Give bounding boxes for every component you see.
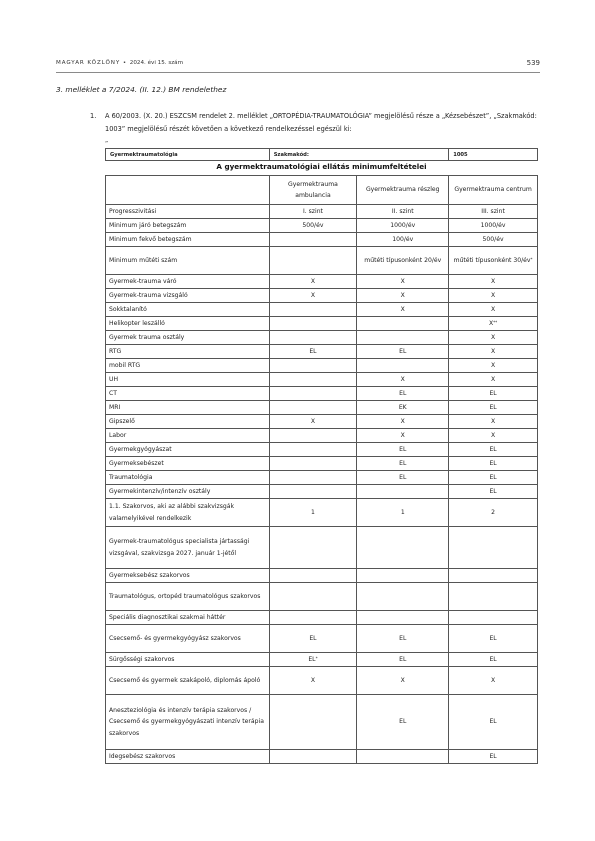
- cell-value: EL: [449, 443, 538, 457]
- cell-value: 1: [269, 499, 357, 527]
- cell-value: X: [449, 429, 538, 443]
- row-label: Progresszivitási: [106, 205, 270, 219]
- table-row: mobil RTGX: [106, 359, 538, 373]
- cell-value: [357, 750, 449, 764]
- table-row: TraumatológiaELEL: [106, 471, 538, 485]
- cell-value: [269, 611, 357, 625]
- cell-value: [357, 569, 449, 583]
- cell-value: [449, 527, 538, 569]
- row-label: 1.1. Szakorvos, aki az alábbi szakvizsgá…: [106, 499, 270, 527]
- requirements-table: Gyermektrauma ambulancia Gyermektrauma r…: [105, 175, 538, 764]
- cell-value: X: [449, 303, 538, 317]
- publication-title: MAGYAR KÖZLÖNY • 2024. évi 15. szám: [56, 60, 183, 66]
- cell-value: [357, 331, 449, 345]
- cell-value: EL: [357, 695, 449, 750]
- table-row: Minimum járó betegszám500/év1000/év1000/…: [106, 219, 538, 233]
- footnote-marker: *: [316, 656, 318, 661]
- row-label: Traumatológus, ortopéd traumatológus sza…: [106, 583, 270, 611]
- cell-value: III. szint: [449, 205, 538, 219]
- row-label: Labor: [106, 429, 270, 443]
- table-row: RTGELELX: [106, 345, 538, 359]
- cell-value: X: [357, 303, 449, 317]
- cell-value: X: [357, 667, 449, 695]
- cell-value: X: [449, 289, 538, 303]
- cell-value: műtéti típusonként 20/év: [357, 247, 449, 275]
- cell-value: X: [449, 415, 538, 429]
- cell-value: EL: [357, 457, 449, 471]
- row-label: Csecsemő- és gyermekgyógyász szakorvos: [106, 625, 270, 653]
- cell-value: EL: [449, 401, 538, 415]
- cell-value: EL: [449, 471, 538, 485]
- cell-value: [269, 401, 357, 415]
- cell-value: [449, 611, 538, 625]
- cell-value: EL: [449, 387, 538, 401]
- cell-value: 100/év: [357, 233, 449, 247]
- cell-value: [269, 303, 357, 317]
- cell-value: 2: [449, 499, 538, 527]
- cell-value: X: [449, 331, 538, 345]
- cell-value: [449, 583, 538, 611]
- cell-value: [269, 527, 357, 569]
- cell-value: X: [269, 289, 357, 303]
- cell-value: X: [357, 429, 449, 443]
- table-row: MRIEKEL: [106, 401, 538, 415]
- header-rule: [56, 72, 540, 73]
- cell-value: EL: [357, 387, 449, 401]
- cell-value: II. szint: [357, 205, 449, 219]
- cell-value: EL: [449, 750, 538, 764]
- cell-value: X**: [449, 317, 538, 331]
- cell-value: EK: [357, 401, 449, 415]
- specialty-name: Gyermektraumatológia: [106, 149, 270, 161]
- table-title: A gyermektraumatológiai ellátás minimumf…: [105, 162, 538, 171]
- table-row: Speciális diagnosztikai szakmai háttér: [106, 611, 538, 625]
- table-row: SokktalanítóXX: [106, 303, 538, 317]
- cell-value: EL: [357, 471, 449, 485]
- cell-value: I. szint: [269, 205, 357, 219]
- column-header: Gyermektrauma centrum: [449, 176, 538, 205]
- table-row: Traumatológus, ortopéd traumatológus sza…: [106, 583, 538, 611]
- cell-value: műtéti típusonként 30/év*: [449, 247, 538, 275]
- cell-value: [269, 583, 357, 611]
- table-row: UHXX: [106, 373, 538, 387]
- table-row: Csecsemő és gyermek szakápoló, diplomás …: [106, 667, 538, 695]
- cell-value: EL: [449, 695, 538, 750]
- table-row: GyermeksebészetELEL: [106, 457, 538, 471]
- column-header: Gyermektrauma ambulancia: [269, 176, 357, 205]
- row-label: MRI: [106, 401, 270, 415]
- code-label: Szakmakód:: [269, 149, 449, 161]
- table-row: Gyermek-trauma váróXXX: [106, 275, 538, 289]
- table-row: 1.1. Szakorvos, aki az alábbi szakvizsgá…: [106, 499, 538, 527]
- cell-value: X: [357, 415, 449, 429]
- cell-value: X: [357, 289, 449, 303]
- paragraph-text: A 60/2003. (X. 20.) ESZCSM rendelet 2. m…: [105, 110, 555, 135]
- table-row: GyermekgyógyászatELEL: [106, 443, 538, 457]
- table-row: Helikopter leszállóX**: [106, 317, 538, 331]
- cell-value: [449, 569, 538, 583]
- table-row: LaborXX: [106, 429, 538, 443]
- paragraph-number: 1.: [90, 110, 96, 123]
- cell-value: [269, 695, 357, 750]
- cell-value: 1: [357, 499, 449, 527]
- table-row: ProgresszivitásiI. szintII. szintIII. sz…: [106, 205, 538, 219]
- column-header-row: Gyermektrauma ambulancia Gyermektrauma r…: [106, 176, 538, 205]
- cell-value: X: [449, 345, 538, 359]
- cell-value: 1000/év: [357, 219, 449, 233]
- cell-value: X: [269, 275, 357, 289]
- cell-value: [269, 429, 357, 443]
- cell-value: [357, 611, 449, 625]
- cell-value: EL*: [269, 653, 357, 667]
- cell-value: [269, 485, 357, 499]
- table-row: Aneszteziológia és intenzív terápia szak…: [106, 695, 538, 750]
- table-row: Gyermek trauma osztályX: [106, 331, 538, 345]
- table-row: Gyermeksebész szakorvos: [106, 569, 538, 583]
- table-row: Minimum fekvő betegszám100/év500/év: [106, 233, 538, 247]
- row-label: Idegsebész szakorvos: [106, 750, 270, 764]
- cell-value: X: [449, 359, 538, 373]
- cell-value: X: [449, 275, 538, 289]
- cell-value: [269, 750, 357, 764]
- cell-value: [357, 317, 449, 331]
- row-label: mobil RTG: [106, 359, 270, 373]
- table-row: Csecsemő- és gyermekgyógyász szakorvosEL…: [106, 625, 538, 653]
- cell-value: [269, 387, 357, 401]
- cell-value: X: [357, 373, 449, 387]
- cell-value: 500/év: [269, 219, 357, 233]
- footnote-marker: *: [531, 257, 533, 262]
- cell-value: X: [269, 667, 357, 695]
- row-label: Gyermek-trauma váró: [106, 275, 270, 289]
- page-number: 539: [527, 59, 540, 67]
- row-label: Traumatológia: [106, 471, 270, 485]
- annex-title: 3. melléklet a 7/2024. (II. 12.) BM rend…: [56, 85, 226, 94]
- cell-value: [269, 247, 357, 275]
- issue-number: 2024. évi 15. szám: [130, 60, 183, 66]
- cell-value: [269, 317, 357, 331]
- cell-value: X: [449, 373, 538, 387]
- row-label: Gyermek-traumatológus specialista jártas…: [106, 527, 270, 569]
- cell-value: [357, 485, 449, 499]
- row-label: Helikopter leszálló: [106, 317, 270, 331]
- cell-value: EL: [357, 653, 449, 667]
- cell-value: 500/év: [449, 233, 538, 247]
- cell-value: EL: [357, 625, 449, 653]
- cell-value: [269, 331, 357, 345]
- table-row: CTELEL: [106, 387, 538, 401]
- cell-value: EL: [449, 457, 538, 471]
- row-label: Gyermekintenzív/intenzív osztály: [106, 485, 270, 499]
- table-row: Idegsebész szakorvosEL: [106, 750, 538, 764]
- cell-value: [269, 373, 357, 387]
- row-label: Sürgősségi szakorvos: [106, 653, 270, 667]
- row-label: CT: [106, 387, 270, 401]
- specialty-header-table: Gyermektraumatológia Szakmakód: 1005: [105, 148, 538, 161]
- row-label: Csecsemő és gyermek szakápoló, diplomás …: [106, 667, 270, 695]
- table-row: Sürgősségi szakorvosEL*ELEL: [106, 653, 538, 667]
- table-row: GipszelőXXX: [106, 415, 538, 429]
- cell-value: EL: [357, 443, 449, 457]
- row-label: Minimum műtéti szám: [106, 247, 270, 275]
- cell-value: EL: [357, 345, 449, 359]
- cell-value: [357, 583, 449, 611]
- cell-value: [269, 569, 357, 583]
- row-label: RTG: [106, 345, 270, 359]
- cell-value: [357, 359, 449, 373]
- cell-value: [357, 527, 449, 569]
- row-label: UH: [106, 373, 270, 387]
- row-label: Gyermeksebészet: [106, 457, 270, 471]
- row-label: Minimum járó betegszám: [106, 219, 270, 233]
- cell-value: EL: [449, 653, 538, 667]
- code-value: 1005: [449, 149, 538, 161]
- row-label: Gyermeksebész szakorvos: [106, 569, 270, 583]
- row-label: Minimum fekvő betegszám: [106, 233, 270, 247]
- opening-quote: „: [105, 137, 108, 144]
- cell-value: [269, 457, 357, 471]
- cell-value: X: [269, 415, 357, 429]
- running-header: MAGYAR KÖZLÖNY • 2024. évi 15. szám 539: [56, 60, 540, 72]
- cell-value: EL: [269, 625, 357, 653]
- cell-value: X: [449, 667, 538, 695]
- row-label: Sokktalanító: [106, 303, 270, 317]
- row-label: Aneszteziológia és intenzív terápia szak…: [106, 695, 270, 750]
- table-row: Gyermekintenzív/intenzív osztályEL: [106, 485, 538, 499]
- row-label: Gyermek-trauma vizsgáló: [106, 289, 270, 303]
- cell-value: 1000/év: [449, 219, 538, 233]
- cell-value: X: [357, 275, 449, 289]
- footnote-marker: **: [493, 320, 497, 325]
- cell-value: EL: [449, 625, 538, 653]
- row-label: Gipszelő: [106, 415, 270, 429]
- row-label: Gyermek trauma osztály: [106, 331, 270, 345]
- cell-value: [269, 471, 357, 485]
- table-row: Gyermek-traumatológus specialista jártas…: [106, 527, 538, 569]
- cell-value: [269, 359, 357, 373]
- cell-value: EL: [449, 485, 538, 499]
- cell-value: [269, 233, 357, 247]
- column-header: Gyermektrauma részleg: [357, 176, 449, 205]
- table-row: Gyermek-trauma vizsgálóXXX: [106, 289, 538, 303]
- cell-value: EL: [269, 345, 357, 359]
- table-row: Minimum műtéti számműtéti típusonként 20…: [106, 247, 538, 275]
- row-label: Gyermekgyógyászat: [106, 443, 270, 457]
- cell-value: [269, 443, 357, 457]
- column-header: [106, 176, 270, 205]
- row-label: Speciális diagnosztikai szakmai háttér: [106, 611, 270, 625]
